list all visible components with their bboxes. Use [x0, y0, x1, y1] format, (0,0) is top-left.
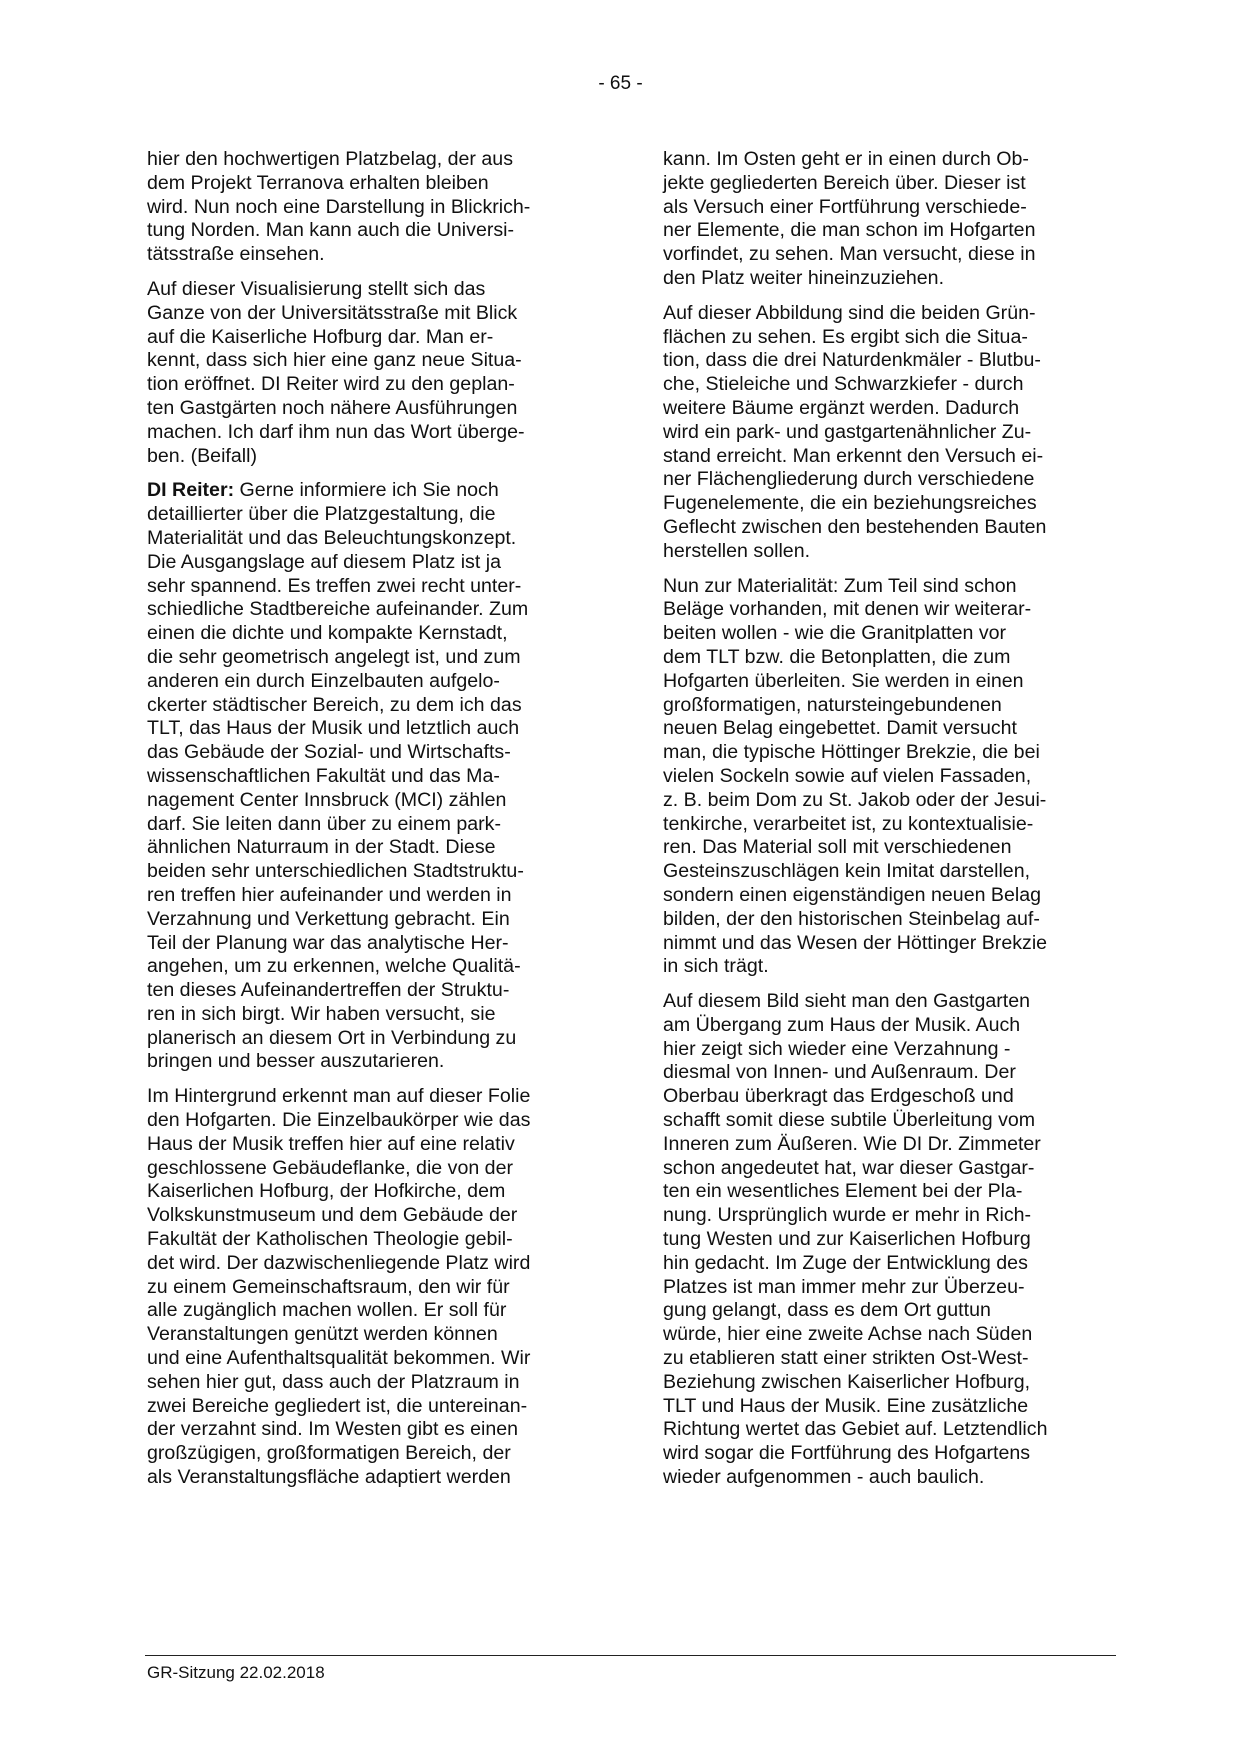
paragraph: Auf diesem Bild sieht man den Gastgarten…	[663, 990, 1118, 1490]
text-line: vielen Sockeln sowie auf vielen Fassaden…	[663, 765, 1118, 789]
text-line: nimmt und das Wesen der Höttinger Brekzi…	[663, 932, 1118, 956]
text-line: ähnlichen Naturraum in der Stadt. Diese	[147, 836, 592, 860]
footer-session-date: GR-Sitzung 22.02.2018	[147, 1662, 325, 1684]
text-line: beiden sehr unterschiedlichen Stadtstruk…	[147, 860, 592, 884]
text-line: die sehr geometrisch angelegt ist, und z…	[147, 646, 592, 670]
text-line: Beläge vorhanden, mit denen wir weiterar…	[663, 598, 1118, 622]
text-line: Im Hintergrund erkennt man auf dieser Fo…	[147, 1085, 592, 1109]
paragraph: Auf dieser Abbildung sind die beiden Grü…	[663, 302, 1118, 564]
text-line: sehr spannend. Es treffen zwei recht unt…	[147, 575, 592, 599]
paragraph: Auf dieser Visualisierung stellt sich da…	[147, 278, 592, 468]
text-line: Platzes ist man immer mehr zur Überzeu-	[663, 1276, 1118, 1300]
text-line: Verzahnung und Verkettung gebracht. Ein	[147, 908, 592, 932]
text-line: Auf diesem Bild sieht man den Gastgarten	[663, 990, 1118, 1014]
text-line: Teil der Planung war das analytische Her…	[147, 932, 592, 956]
text-line: dem TLT bzw. die Betonplatten, die zum	[663, 646, 1118, 670]
text-line: wird. Nun noch eine Darstellung in Blick…	[147, 196, 592, 220]
text-line: Fakultät der Katholischen Theologie gebi…	[147, 1228, 592, 1252]
text-line: TLT und Haus der Musik. Eine zusätzliche	[663, 1395, 1118, 1419]
text-line: Kaiserlichen Hofburg, der Hofkirche, dem	[147, 1180, 592, 1204]
text-line: kennt, dass sich hier eine ganz neue Sit…	[147, 349, 592, 373]
text-line: diesmal von Innen- und Außenraum. Der	[663, 1061, 1118, 1085]
text-line: wieder aufgenommen - auch baulich.	[663, 1466, 1118, 1490]
text-line: Oberbau überkragt das Erdgeschoß und	[663, 1085, 1118, 1109]
text-line: nung. Ursprünglich wurde er mehr in Rich…	[663, 1204, 1118, 1228]
text-line: und eine Aufenthaltsqualität bekommen. W…	[147, 1347, 592, 1371]
text-line: als Versuch einer Fortführung verschiede…	[663, 196, 1118, 220]
text-line: ren treffen hier aufeinander und werden …	[147, 884, 592, 908]
text-line: bilden, der den historischen Steinbelag …	[663, 908, 1118, 932]
paragraph: Nun zur Materialität: Zum Teil sind scho…	[663, 575, 1118, 980]
paragraph: Im Hintergrund erkennt man auf dieser Fo…	[147, 1085, 592, 1490]
text-line: Richtung wertet das Gebiet auf. Letztend…	[663, 1418, 1118, 1442]
text-line: planerisch an diesem Ort in Verbindung z…	[147, 1027, 592, 1051]
text-line: Fugenelemente, die ein beziehungsreiches	[663, 492, 1118, 516]
text-line: ren. Das Material soll mit verschiedenen	[663, 836, 1118, 860]
text-line: der verzahnt sind. Im Westen gibt es ein…	[147, 1418, 592, 1442]
text-line: flächen zu sehen. Es ergibt sich die Sit…	[663, 326, 1118, 350]
text-line: kann. Im Osten geht er in einen durch Ob…	[663, 148, 1118, 172]
text-line: den Platz weiter hineinzuziehen.	[663, 267, 1118, 291]
text-line: hier zeigt sich wieder eine Verzahnung -	[663, 1038, 1118, 1062]
text-line: detaillierter über die Platzgestaltung, …	[147, 503, 592, 527]
text-line: zu etablieren statt einer strikten Ost-W…	[663, 1347, 1118, 1371]
paragraph: hier den hochwertigen Platzbelag, der au…	[147, 148, 592, 267]
text-line: schafft somit diese subtile Überleitung …	[663, 1109, 1118, 1133]
text-line: zu einem Gemeinschaftsraum, den wir für	[147, 1276, 592, 1300]
text-line: am Übergang zum Haus der Musik. Auch	[663, 1014, 1118, 1038]
text-line: gung gelangt, dass es dem Ort guttun	[663, 1299, 1118, 1323]
text-line: angehen, um zu erkennen, welche Qualitä-	[147, 955, 592, 979]
text-line: beiten wollen - wie die Granitplatten vo…	[663, 622, 1118, 646]
text-line: ben. (Beifall)	[147, 445, 592, 469]
text-line-content: Gerne informiere ich Sie noch	[234, 479, 499, 501]
text-line: hier den hochwertigen Platzbelag, der au…	[147, 148, 592, 172]
text-line: anderen ein durch Einzelbauten aufgelo-	[147, 670, 592, 694]
text-line: ten Gastgärten noch nähere Ausführungen	[147, 397, 592, 421]
text-line: Gesteinszuschlägen kein Imitat darstelle…	[663, 860, 1118, 884]
text-line: nagement Center Innsbruck (MCI) zählen	[147, 789, 592, 813]
text-line: Nun zur Materialität: Zum Teil sind scho…	[663, 575, 1118, 599]
text-line: stand erreicht. Man erkennt den Versuch …	[663, 445, 1118, 469]
text-line: als Veranstaltungsfläche adaptiert werde…	[147, 1466, 592, 1490]
text-line: z. B. beim Dom zu St. Jakob oder der Jes…	[663, 789, 1118, 813]
text-line: wissenschaftlichen Fakultät und das Ma-	[147, 765, 592, 789]
text-line: bringen und besser auszutarieren.	[147, 1050, 592, 1074]
text-line: tung Norden. Man kann auch die Universi-	[147, 219, 592, 243]
text-line: tion eröffnet. DI Reiter wird zu den gep…	[147, 373, 592, 397]
text-line: neuen Belag eingebettet. Damit versucht	[663, 717, 1118, 741]
text-line: weitere Bäume ergänzt werden. Dadurch	[663, 397, 1118, 421]
text-line: dem Projekt Terranova erhalten bleiben	[147, 172, 592, 196]
text-line: ner Flächengliederung durch verschiedene	[663, 468, 1118, 492]
text-line: Volkskunstmuseum und dem Gebäude der	[147, 1204, 592, 1228]
text-line: darf. Sie leiten dann über zu einem park…	[147, 813, 592, 837]
text-line: großformatigen, natursteingebundenen	[663, 694, 1118, 718]
text-line: Haus der Musik treffen hier auf eine rel…	[147, 1133, 592, 1157]
right-column: kann. Im Osten geht er in einen durch Ob…	[663, 148, 1118, 1501]
speaker-name: DI Reiter:	[147, 479, 234, 501]
text-line: schon angedeutet hat, war dieser Gastgar…	[663, 1157, 1118, 1181]
text-line: vorfindet, zu sehen. Man versucht, diese…	[663, 243, 1118, 267]
text-line: det wird. Der dazwischenliegende Platz w…	[147, 1252, 592, 1276]
text-line: sondern einen eigenständigen neuen Belag	[663, 884, 1118, 908]
text-line: sehen hier gut, dass auch der Platzraum …	[147, 1371, 592, 1395]
text-line: tätsstraße einsehen.	[147, 243, 592, 267]
text-line: Hofgarten überleiten. Sie werden in eine…	[663, 670, 1118, 694]
text-line: ckerter städtischer Bereich, zu dem ich …	[147, 694, 592, 718]
text-line: machen. Ich darf ihm nun das Wort überge…	[147, 421, 592, 445]
footer-divider	[145, 1655, 1116, 1656]
text-line: Die Ausgangslage auf diesem Platz ist ja	[147, 551, 592, 575]
text-line: Inneren zum Äußeren. Wie DI Dr. Zimmeter	[663, 1133, 1118, 1157]
text-line: wird ein park- und gastgartenähnlicher Z…	[663, 421, 1118, 445]
text-line: ten dieses Aufeinandertreffen der Strukt…	[147, 979, 592, 1003]
text-line: Veranstaltungen genützt werden können	[147, 1323, 592, 1347]
text-line: alle zugänglich machen wollen. Er soll f…	[147, 1299, 592, 1323]
text-line: Materialität und das Beleuchtungskonzept…	[147, 527, 592, 551]
text-line: würde, hier eine zweite Achse nach Süden	[663, 1323, 1118, 1347]
paragraph: DI Reiter: Gerne informiere ich Sie noch…	[147, 479, 592, 1074]
text-line: Beziehung zwischen Kaiserlicher Hofburg,	[663, 1371, 1118, 1395]
left-column: hier den hochwertigen Platzbelag, der au…	[147, 148, 592, 1501]
page-number: - 65 -	[0, 72, 1241, 96]
text-line: tung Westen und zur Kaiserlichen Hofburg	[663, 1228, 1118, 1252]
text-line: wird sogar die Fortführung des Hofgarten…	[663, 1442, 1118, 1466]
text-line: auf die Kaiserliche Hofburg dar. Man er-	[147, 326, 592, 350]
text-line: jekte gegliederten Bereich über. Dieser …	[663, 172, 1118, 196]
text-line: in sich trägt.	[663, 955, 1118, 979]
text-line: Auf dieser Abbildung sind die beiden Grü…	[663, 302, 1118, 326]
text-line: man, die typische Höttinger Brekzie, die…	[663, 741, 1118, 765]
text-line: ner Elemente, die man schon im Hofgarten	[663, 219, 1118, 243]
text-line: herstellen sollen.	[663, 540, 1118, 564]
text-line: hin gedacht. Im Zuge der Entwicklung des	[663, 1252, 1118, 1276]
text-line: schiedliche Stadtbereiche aufeinander. Z…	[147, 598, 592, 622]
text-line: Ganze von der Universitätsstraße mit Bli…	[147, 302, 592, 326]
text-line: che, Stieleiche und Schwarzkiefer - durc…	[663, 373, 1118, 397]
paragraph: kann. Im Osten geht er in einen durch Ob…	[663, 148, 1118, 291]
text-line: ren in sich birgt. Wir haben versucht, s…	[147, 1003, 592, 1027]
text-line: zwei Bereiche gegliedert ist, die untere…	[147, 1395, 592, 1419]
text-line: großzügigen, großformatigen Bereich, der	[147, 1442, 592, 1466]
text-line: tenkirche, verarbeitet ist, zu kontextua…	[663, 813, 1118, 837]
text-line: Auf dieser Visualisierung stellt sich da…	[147, 278, 592, 302]
text-line: den Hofgarten. Die Einzelbaukörper wie d…	[147, 1109, 592, 1133]
text-line: einen die dichte und kompakte Kernstadt,	[147, 622, 592, 646]
text-line: Geflecht zwischen den bestehenden Bauten	[663, 516, 1118, 540]
text-line: DI Reiter: Gerne informiere ich Sie noch	[147, 479, 592, 503]
text-line: das Gebäude der Sozial- und Wirtschafts-	[147, 741, 592, 765]
text-line: TLT, das Haus der Musik und letztlich au…	[147, 717, 592, 741]
text-line: tion, dass die drei Naturdenkmäler - Blu…	[663, 349, 1118, 373]
text-line: ten ein wesentliches Element bei der Pla…	[663, 1180, 1118, 1204]
text-line: geschlossene Gebäudeflanke, die von der	[147, 1157, 592, 1181]
